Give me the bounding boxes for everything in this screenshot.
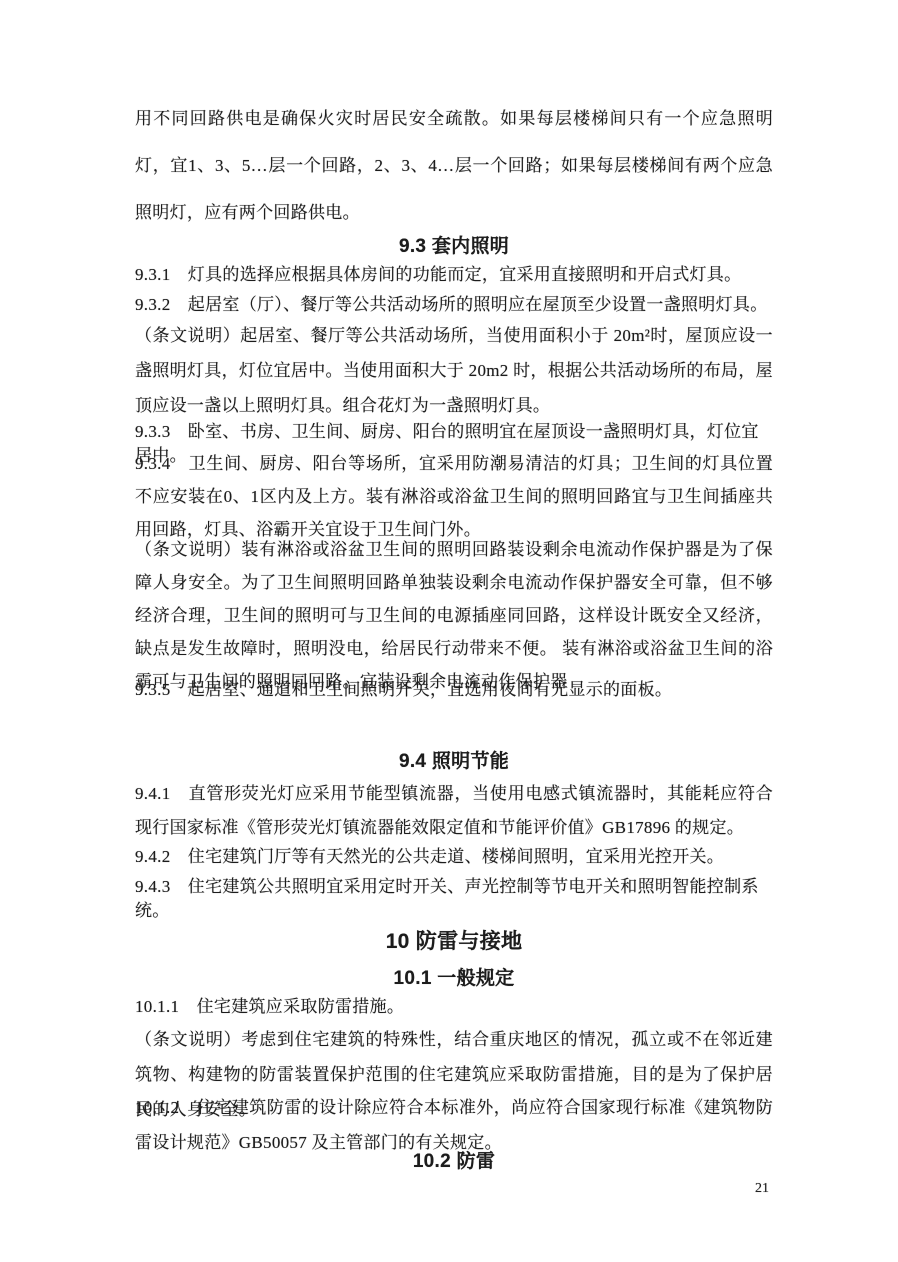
clause-9-3-5: 9.3.5 起居室、通道和卫生间照明开关，宜选用夜间有光显示的面板。 [135, 678, 773, 702]
page-number: 21 [755, 1181, 769, 1197]
clause-9-3-4: 9.3.4 卫生间、厨房、阳台等场所，宜采用防潮易清洁的灯具；卫生间的灯具位置不… [135, 447, 773, 546]
clause-9-4-2: 9.4.2 住宅建筑门厅等有天然光的公共走道、楼梯间照明，宜采用光控开关。 [135, 845, 773, 869]
section-heading-10-2: 10.2 防雷 [135, 1146, 773, 1173]
clause-10-1-1: 10.1.1 住宅建筑应采取防雷措施。 [135, 995, 773, 1019]
section-heading-10-1: 10.1 一般规定 [135, 963, 773, 990]
clause-9-4-1: 9.4.1 直管形荧光灯应采用节能型镇流器，当使用电感式镇流器时，其能耗应符合现… [135, 777, 773, 845]
commentary-9-3-2: （条文说明）起居室、餐厅等公共活动场所，当使用面积小于 20m²时，屋顶应设一盏… [135, 318, 773, 423]
clause-9-4-3: 9.4.3 住宅建筑公共照明宜采用定时开关、声光控制等节电开关和照明智能控制系统… [135, 875, 773, 923]
commentary-9-3-4: （条文说明）装有淋浴或浴盆卫生间的照明回路装设剩余电流动作保护器是为了保障人身安… [135, 533, 773, 698]
body-paragraph-circuit-supply: 用不同回路供电是确保火灾时居民安全疏散。如果每层楼梯间只有一个应急照明灯，宜1、… [135, 95, 773, 236]
scanned-document-page: 用不同回路供电是确保火灾时居民安全疏散。如果每层楼梯间只有一个应急照明灯，宜1、… [0, 0, 898, 1262]
chapter-heading-10: 10 防雷与接地 [135, 925, 773, 955]
clause-9-3-1: 9.3.1 灯具的选择应根据具体房间的功能而定，宜采用直接照明和开启式灯具。 [135, 263, 773, 287]
clause-9-3-2: 9.3.2 起居室（厅）、餐厅等公共活动场所的照明应在屋顶至少设置一盏照明灯具。 [135, 293, 773, 317]
section-heading-9-4: 9.4 照明节能 [135, 746, 773, 773]
section-heading-9-3: 9.3 套内照明 [135, 231, 773, 258]
